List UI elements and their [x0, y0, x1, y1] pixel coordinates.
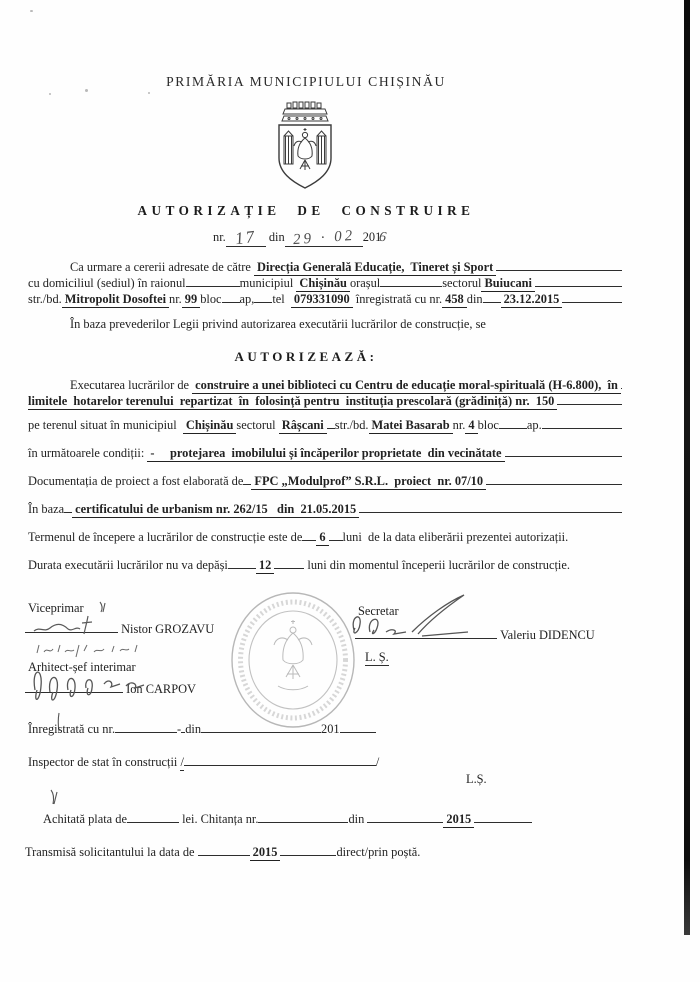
urbanism-label: În baza	[28, 502, 64, 517]
inspector-slash-close: /	[376, 755, 379, 770]
sector-value: Buiucani	[481, 276, 535, 292]
municipality-header: PRIMĂRIA MUNICIPIULUI CHIȘINĂU	[0, 74, 612, 90]
request-line-3: str./bd.Mitropolit Dosofteinr.99blocap,t…	[28, 292, 622, 308]
raion-label: cu domiciliul (sediul) în raionul	[28, 276, 186, 291]
duration-months: 12	[256, 558, 274, 574]
sectorul-label: sectorul	[442, 276, 481, 291]
payment-line: Achitată plata de lei. Chitanța nr.din 2…	[43, 812, 532, 828]
scan-speck	[30, 10, 33, 12]
works-description-1: construire a unei biblioteci cu Centru d…	[192, 378, 621, 394]
location-sector-label: sectorul	[236, 418, 275, 433]
scan-edge-bar	[684, 0, 690, 935]
tel-label: tel	[272, 292, 284, 307]
urbanism-value: certificatului de urbanism nr. 262/15 di…	[72, 502, 359, 518]
registration-dash: -	[177, 722, 181, 737]
street-nr-label: nr.	[169, 292, 182, 307]
registration-line: Înregistrată cu nr.-din201	[28, 722, 376, 737]
municipiul-label: municipiul	[240, 276, 294, 291]
registration-din-label: din	[185, 722, 201, 737]
phone-value: 079331090	[291, 292, 353, 308]
municipality-value: Chișinău	[296, 276, 350, 292]
reg-date-value: 23.12.2015	[501, 292, 563, 308]
ap-label: ap,	[240, 292, 255, 307]
scan-speck	[148, 92, 150, 94]
arhitect-signature	[28, 650, 163, 708]
secretar-signature	[348, 592, 518, 644]
reg-label: înregistrată cu nr.	[356, 292, 442, 307]
payment-label: Achitată plata de	[43, 812, 127, 827]
handwritten-date: 29 · 02	[292, 228, 355, 249]
nr-label: nr.	[213, 230, 226, 245]
ls-label: L. Ș.	[365, 650, 389, 666]
payment-receipt-label: lei. Chitanța nr.	[182, 812, 258, 827]
delivery-label: Transmisă solicitantului la data de	[25, 845, 195, 860]
inspector-ls: L.Ș.	[466, 772, 487, 787]
works-line-2: limitele hotarelor terenului repartizat …	[28, 394, 622, 410]
location-number: 4	[465, 418, 477, 434]
project-value: FPC „Modulprof” S.R.L. proiect nr. 07/10	[251, 474, 486, 490]
inspector-label: Inspector de stat în construcții	[28, 755, 177, 770]
location-ap-label: ap.	[527, 418, 542, 433]
handwritten-tick	[48, 788, 62, 806]
legal-basis-text: În baza prevederilor Legii privind autor…	[70, 317, 486, 332]
document-page: PRIMĂRIA MUNICIPIULUI CHIȘINĂU AUTORIZAȚ…	[0, 0, 700, 982]
conditions-line: în următoarele condiții: - protejarea im…	[28, 446, 622, 462]
delivery-year: 2015	[250, 845, 281, 861]
handwritten-year-digit: 6	[378, 230, 387, 247]
start-term-months: 6	[316, 530, 328, 546]
street-label: str./bd.	[28, 292, 62, 307]
handwritten-number: 17	[234, 227, 257, 249]
start-term-label: Termenul de începere a lucrărilor de con…	[28, 530, 302, 545]
chisinau-coat-of-arms-icon	[276, 100, 334, 192]
reg-din-label: din	[467, 292, 483, 307]
bloc-blank	[222, 302, 240, 303]
conditions-value: - protejarea imobilului și încăperilor p…	[147, 446, 504, 462]
document-title: AUTORIZAȚIE DE CONSTRUIRE	[0, 203, 612, 219]
street-no-value: 99	[182, 292, 200, 308]
start-term-line: Termenul de începere a lucrărilor de con…	[28, 530, 568, 546]
location-bloc-label: bloc	[478, 418, 499, 433]
ap-blank	[254, 302, 272, 303]
urbanism-line: În bazacertificatului de urbanism nr. 26…	[28, 502, 622, 518]
works-description-2: limitele hotarelor terenului repartizat …	[28, 394, 557, 410]
location-municipality: Chișinău	[183, 418, 237, 434]
payment-din-label: din	[348, 812, 364, 827]
start-term-suffix: luni de la data eliberării prezentei aut…	[343, 530, 569, 545]
secretar-ls: L. Ș.	[365, 650, 389, 666]
orasul-blank	[380, 286, 442, 287]
din-label: din	[269, 230, 285, 245]
official-round-stamp	[228, 590, 358, 730]
duration-label: Durata executării lucrărilor nu va depăș…	[28, 558, 228, 573]
registration-label: Înregistrată cu nr.	[28, 722, 115, 737]
payment-year: 2015	[443, 812, 474, 828]
project-line: Documentația de proiect a fost elaborată…	[28, 474, 622, 490]
location-street: Matei Basarab	[369, 418, 453, 434]
handwritten-tick	[96, 600, 112, 614]
bloc-label: bloc	[200, 292, 221, 307]
duration-line: Durata executării lucrărilor nu va depăș…	[28, 558, 570, 574]
viceprimar-name: Nistor GROZAVU	[121, 622, 214, 637]
request-line-2: cu domiciliul (sediul) în raionulmunicip…	[28, 276, 622, 292]
works-intro: Executarea lucrărilor de	[28, 378, 189, 393]
location-street-label: str./bd.	[335, 418, 369, 433]
duration-suffix: luni din momentul începerii lucrărilor d…	[307, 558, 570, 573]
request-intro: Ca urmare a cererii adresate de către	[28, 260, 251, 275]
legal-basis: În baza prevederilor Legii privind autor…	[70, 317, 486, 332]
street-value: Mitropolit Dosoftei	[62, 292, 169, 308]
location-label: pe terenul situat în municipiul	[28, 418, 177, 433]
project-label: Documentația de proiect a fost elaborată…	[28, 474, 243, 489]
inspector-slash-open: /	[180, 755, 183, 771]
location-line: pe terenul situat în municipiul Chișinău…	[28, 418, 622, 434]
raion-blank	[186, 286, 240, 287]
location-sector: Râșcani	[279, 418, 327, 434]
inspector-line: Inspector de stat în construcții //	[28, 755, 379, 771]
works-line-1: Executarea lucrărilor de construire a un…	[28, 378, 622, 394]
orasul-label: orașul	[350, 276, 380, 291]
viceprimar-signature	[32, 614, 120, 636]
registration-year-prefix: 201	[321, 722, 340, 737]
request-line-1: Ca urmare a cererii adresate de către Di…	[28, 260, 622, 276]
delivery-method: direct/prin poștă.	[336, 845, 420, 860]
conditions-label: în următoarele condiții:	[28, 446, 144, 461]
number-line: nr.17 din29 · 022016	[213, 226, 386, 247]
location-nr-label: nr.	[453, 418, 466, 433]
reg-no-value: 458	[442, 292, 467, 308]
applicant-name: Direcția Generală Educație, Tineret și S…	[254, 260, 496, 276]
scan-speck	[49, 93, 51, 95]
delivery-line: Transmisă solicitantului la data de 2015…	[25, 845, 420, 861]
authorizes-heading: AUTORIZEAZĂ:	[0, 349, 612, 365]
